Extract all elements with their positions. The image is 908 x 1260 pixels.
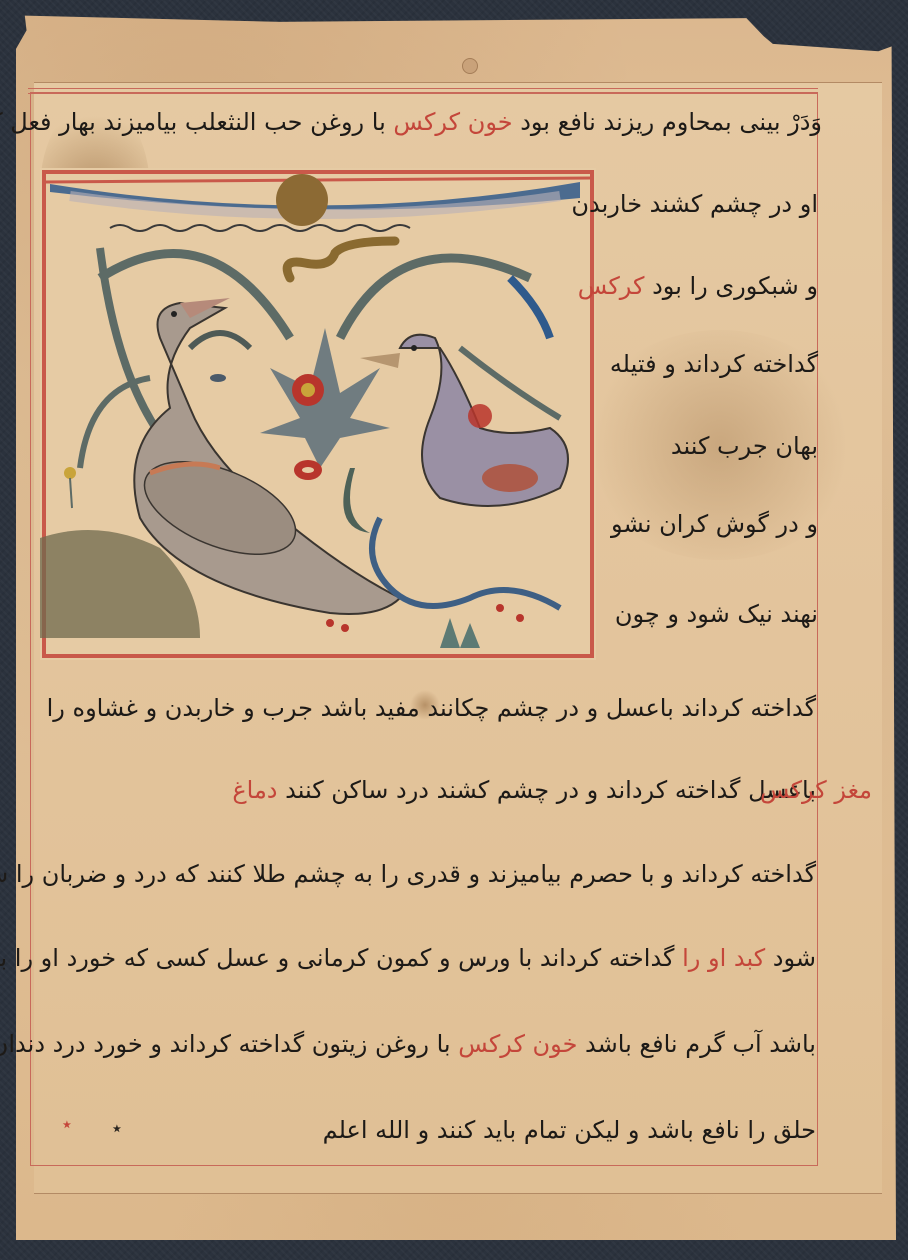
rubric-heading-2: مغز کرکس bbox=[760, 776, 872, 804]
rubric-word: کرکس bbox=[578, 272, 645, 300]
line-text: باشد آب گرم نافع باشد bbox=[585, 1030, 816, 1058]
line-text: باعسل گداخته کرداند و در چشم کشند درد سا… bbox=[285, 776, 816, 804]
rubric-word: کبد او را bbox=[682, 944, 765, 972]
body-line-1: گداخته کرداند باعسل و در چشم چکانند مفید… bbox=[47, 694, 816, 722]
body-line-3: گداخته کرداند و با حصرم بیامیزند و قدری … bbox=[0, 860, 816, 888]
text-line-1: وَدَرْ بینی بمحاوم ریزند نافع بود خون کر… bbox=[0, 108, 822, 136]
rubric-word: دماغ bbox=[232, 776, 277, 804]
side-line-6: نهند نیک شود و چون bbox=[615, 600, 818, 628]
body-line-2: باعسل گداخته کرداند و در چشم کشند درد سا… bbox=[232, 776, 816, 804]
side-line-1: او در چشم کشند خاربدن bbox=[571, 190, 818, 218]
line-text: وَدَرْ بینی بمحاوم ریزند نافع بود bbox=[520, 108, 822, 136]
line-text: گداخته کرداند با ورس و کمون کرمانی و عسل… bbox=[0, 944, 674, 972]
line-text: شود bbox=[773, 944, 816, 972]
bird-painting-svg bbox=[40, 168, 596, 660]
margin-marker-black: ٭ bbox=[112, 1118, 122, 1139]
body-line-6: حلق را نافع باشد و لیکن تمام باید کنند و… bbox=[323, 1116, 816, 1144]
paper-hole bbox=[462, 58, 478, 74]
side-line-3: گداخته کرداند و فتیله bbox=[610, 350, 818, 378]
small-flower bbox=[64, 467, 76, 479]
sun-icon bbox=[276, 174, 328, 226]
illustration bbox=[40, 168, 596, 660]
side-line-2: و شبکوری را بود کرکس bbox=[578, 272, 818, 300]
body-line-4: شود کبد او را گداخته کرداند با ورس و کمو… bbox=[0, 944, 816, 972]
line-text: و شبکوری را بود bbox=[652, 272, 818, 300]
line-text: با روغن زیتون گداخته کرداند و خورد درد د… bbox=[0, 1030, 451, 1058]
rubric-word: خون کرکس bbox=[393, 108, 512, 136]
line-text: با روغن حب النثعلب بیامیزند بهار فعل کنن… bbox=[0, 108, 386, 136]
side-line-5: و در گوش کران نشو bbox=[611, 510, 818, 538]
margin-marker-red: ٭ bbox=[62, 1114, 72, 1135]
body-line-5: باشد آب گرم نافع باشد خون کرکس با روغن ز… bbox=[0, 1030, 816, 1058]
rubric-word: خون کرکس bbox=[458, 1030, 577, 1058]
side-line-4: بهان جرب کنند bbox=[671, 432, 818, 460]
